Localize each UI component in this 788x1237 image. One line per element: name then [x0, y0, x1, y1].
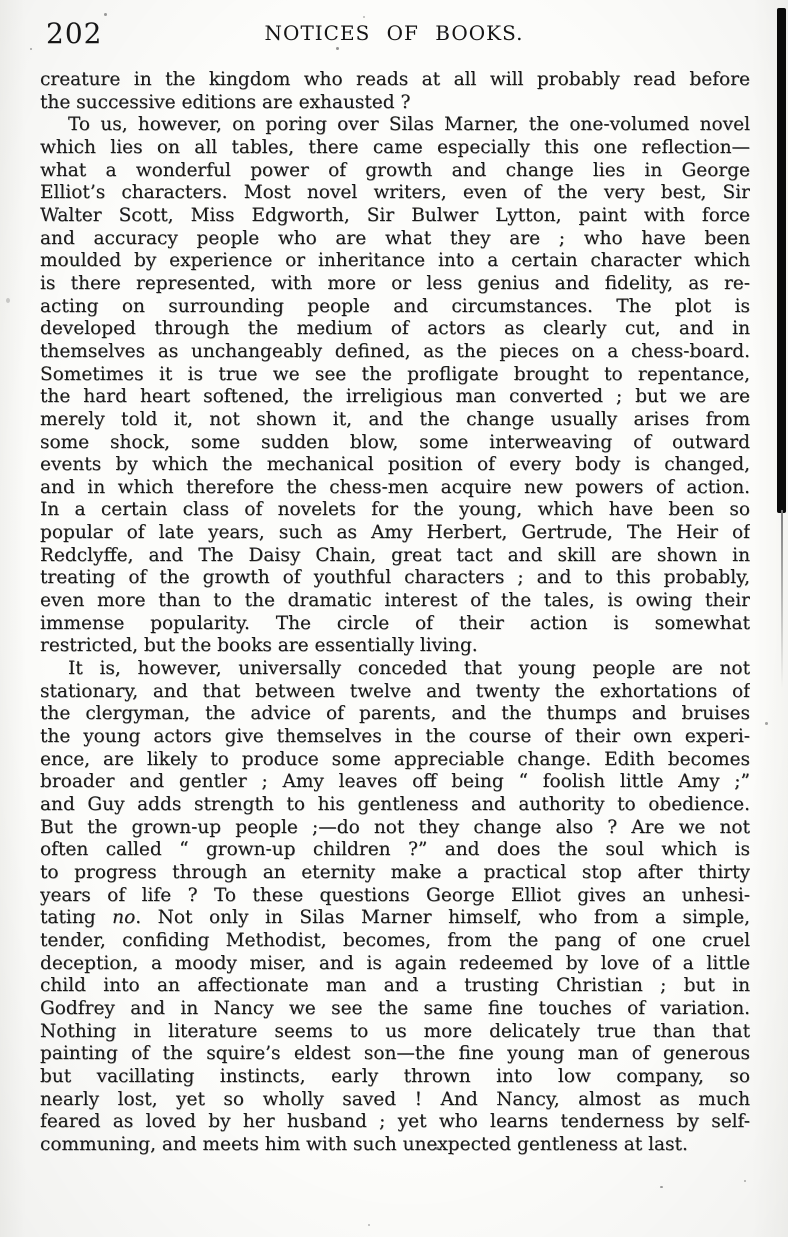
text-run: creature in the kingdom who reads at all… — [40, 69, 750, 90]
text-line: restricted, but the books are essentiall… — [40, 635, 750, 658]
scan-speck — [744, 1180, 746, 1182]
text-line: deception, a moody miser, and is again r… — [40, 953, 750, 976]
text-run: popular of late years, such as Amy Herbe… — [40, 522, 750, 543]
italic-text-run: no — [112, 907, 135, 928]
text-line: themselves as unchangeably defined, as t… — [40, 341, 750, 364]
text-line: and Guy adds strength to his gentleness … — [40, 794, 750, 817]
text-line: to progress through an eternity make a p… — [40, 862, 750, 885]
text-line: communing, and meets him with such unexp… — [40, 1134, 750, 1157]
text-run: acting on surrounding people and circums… — [40, 296, 750, 317]
text-line: Nothing in literature seems to us more d… — [40, 1021, 750, 1044]
text-run: But the grown-up people ;—do not they ch… — [40, 817, 750, 838]
text-run: To us, however, on poring over Silas Mar… — [68, 114, 750, 135]
text-line: is there represented, with more or less … — [40, 273, 750, 296]
text-run: painting of the squire’s eldest son—the … — [40, 1043, 750, 1064]
text-run: moulded by experience or inheritance int… — [40, 250, 750, 271]
text-line: nearly lost, yet so wholly saved ! And N… — [40, 1089, 750, 1112]
text-line: Godfrey and in Nancy we see the same fin… — [40, 998, 750, 1021]
scan-edge-line — [781, 510, 783, 688]
scan-speck — [6, 298, 10, 303]
text-line: and accuracy people who are what they ar… — [40, 228, 750, 251]
text-run: is there represented, with more or less … — [40, 273, 750, 294]
scan-speck — [30, 48, 32, 50]
text-line: Walter Scott, Miss Edgworth, Sir Bulwer … — [40, 205, 750, 228]
text-line: the clergyman, the advice of parents, an… — [40, 703, 750, 726]
text-run: developed through the medium of actors a… — [40, 318, 750, 339]
text-run: feared as loved by her husband ; yet who… — [40, 1111, 750, 1132]
text-run: merely told it, not shown it, and the ch… — [40, 409, 750, 430]
text-run: Walter Scott, Miss Edgworth, Sir Bulwer … — [40, 205, 750, 226]
scan-speck — [660, 1186, 663, 1188]
text-line: acting on surrounding people and circums… — [40, 296, 750, 319]
body-text: creature in the kingdom who reads at all… — [40, 69, 750, 1157]
text-line: popular of late years, such as Amy Herbe… — [40, 522, 750, 545]
text-line: moulded by experience or inheritance int… — [40, 250, 750, 273]
text-run: broader and gentler ; Amy leaves off bei… — [40, 771, 750, 792]
text-line: In a certain class of novelets for the y… — [40, 499, 750, 522]
text-run: the clergyman, the advice of parents, an… — [40, 703, 750, 724]
text-run: restricted, but the books are essentiall… — [40, 635, 478, 656]
text-run: what a wonderful power of growth and cha… — [40, 160, 750, 181]
text-line: what a wonderful power of growth and cha… — [40, 160, 750, 183]
text-line: treating of the growth of youthful chara… — [40, 567, 750, 590]
text-line: the young actors give themselves in the … — [40, 726, 750, 749]
text-line: Redclyffe, and The Daisy Chain, great ta… — [40, 545, 750, 568]
text-run: tating — [40, 907, 112, 928]
text-line: tender, confiding Methodist, becomes, fr… — [40, 930, 750, 953]
text-run: tender, confiding Methodist, becomes, fr… — [40, 930, 750, 951]
text-run: and Guy adds strength to his gentleness … — [40, 794, 750, 815]
text-line: the hard heart softened, the irreligious… — [40, 386, 750, 409]
text-run: often called “ grown-up children ?” and … — [40, 839, 750, 860]
text-line: events by which the mechanical position … — [40, 454, 750, 477]
text-run: In a certain class of novelets for the y… — [40, 499, 750, 520]
text-run: . Not only in Silas Marner himself, who … — [135, 907, 750, 928]
text-run: immense popularity. The circle of their … — [40, 613, 750, 634]
text-line: It is, however, universally conceded tha… — [40, 658, 750, 681]
scan-edge-bar — [777, 8, 786, 513]
text-run: themselves as unchangeably defined, as t… — [40, 341, 750, 362]
text-run: and in which therefore the chess-men acq… — [40, 477, 750, 498]
text-run: It is, however, universally conceded tha… — [68, 658, 750, 679]
scan-speck — [765, 722, 768, 725]
text-line: merely told it, not shown it, and the ch… — [40, 409, 750, 432]
text-run: treating of the growth of youthful chara… — [40, 567, 750, 588]
text-run: some shock, some sudden blow, some inter… — [40, 432, 750, 453]
text-run: and accuracy people who are what they ar… — [40, 228, 750, 249]
text-run: nearly lost, yet so wholly saved ! And N… — [40, 1089, 750, 1110]
text-line: which lies on all tables, there came esp… — [40, 137, 750, 160]
text-line: some shock, some sudden blow, some inter… — [40, 432, 750, 455]
text-run: Godfrey and in Nancy we see the same fin… — [40, 998, 750, 1019]
text-run: child into an affectionate man and a tru… — [40, 975, 750, 996]
text-line: often called “ grown-up children ?” and … — [40, 839, 750, 862]
text-line: Elliot’s characters. Most novel writers,… — [40, 182, 750, 205]
text-line: developed through the medium of actors a… — [40, 318, 750, 341]
text-line: creature in the kingdom who reads at all… — [40, 69, 750, 92]
running-head: NOTICES OF BOOKS. — [0, 21, 788, 45]
text-run: communing, and meets him with such unexp… — [40, 1134, 688, 1155]
text-run: deception, a moody miser, and is again r… — [40, 953, 750, 974]
text-run: ence, are likely to produce some appreci… — [40, 749, 750, 770]
text-line: and in which therefore the chess-men acq… — [40, 477, 750, 500]
text-line: immense popularity. The circle of their … — [40, 613, 750, 636]
text-run: to progress through an eternity make a p… — [40, 862, 750, 883]
text-line: ence, are likely to produce some appreci… — [40, 749, 750, 772]
text-line: Sometimes it is true we see the profliga… — [40, 364, 750, 387]
text-run: Nothing in literature seems to us more d… — [40, 1021, 750, 1042]
text-run: Sometimes it is true we see the profliga… — [40, 364, 750, 385]
text-line: But the grown-up people ;—do not they ch… — [40, 817, 750, 840]
scan-speck — [336, 47, 339, 50]
text-line: the successive editions are exhausted ? — [40, 92, 750, 115]
text-line: but vacillating instincts, early thrown … — [40, 1066, 750, 1089]
scan-speck — [368, 1224, 370, 1226]
text-run: Elliot’s characters. Most novel writers,… — [40, 182, 750, 203]
book-page: 202 NOTICES OF BOOKS. creature in the ki… — [0, 0, 788, 1237]
text-line: feared as loved by her husband ; yet who… — [40, 1111, 750, 1134]
text-run: events by which the mechanical position … — [40, 454, 750, 475]
text-line: even more than to the dramatic interest … — [40, 590, 750, 613]
text-line: years of life ? To these questions Georg… — [40, 885, 750, 908]
text-run: but vacillating instincts, early thrown … — [40, 1066, 750, 1087]
text-run: the hard heart softened, the irreligious… — [40, 386, 750, 407]
text-line: tating no. Not only in Silas Marner hims… — [40, 907, 750, 930]
text-line: To us, however, on poring over Silas Mar… — [40, 114, 750, 137]
scan-speck — [363, 16, 365, 18]
text-run: which lies on all tables, there came esp… — [40, 137, 750, 158]
text-run: the young actors give themselves in the … — [40, 726, 750, 747]
text-run: stationary, and that between twelve and … — [40, 681, 750, 702]
text-run: years of life ? To these questions Georg… — [40, 885, 750, 906]
text-run: the successive editions are exhausted ? — [40, 92, 410, 113]
text-line: painting of the squire’s eldest son—the … — [40, 1043, 750, 1066]
scan-speck — [104, 13, 107, 16]
text-run: Redclyffe, and The Daisy Chain, great ta… — [40, 545, 750, 566]
text-line: child into an affectionate man and a tru… — [40, 975, 750, 998]
text-line: broader and gentler ; Amy leaves off bei… — [40, 771, 750, 794]
text-line: stationary, and that between twelve and … — [40, 681, 750, 704]
text-run: even more than to the dramatic interest … — [40, 590, 750, 611]
